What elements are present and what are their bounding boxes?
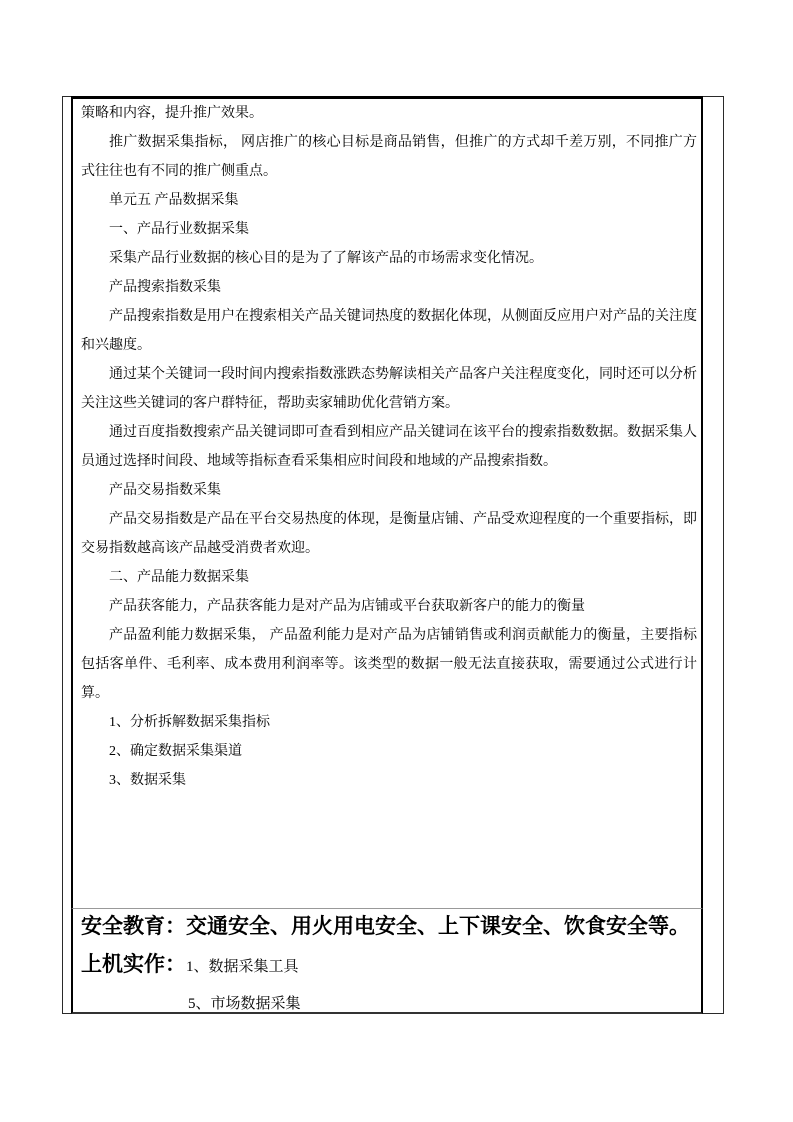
table-right-margin-column [703,96,724,1014]
paragraph: 3、数据采集 [81,766,697,795]
paragraph: 产品盈利能力数据采集， 产品盈利能力是对产品为店铺销售或利润贡献能力的衡量，主要… [81,621,697,708]
footer-row: 安全教育：交通安全、用火用电安全、上下课安全、饮食安全等。 上机实作：1、数据采… [71,908,703,1014]
table-left-margin-column [62,96,71,1014]
practice-item-1: 1、数据采集工具 [186,959,299,975]
paragraph: 通过百度指数搜索产品关键词即可查看到相应产品关键词在该平台的搜索指数数据。数据采… [81,418,697,476]
paragraph: 产品搜索指数采集 [81,273,697,302]
safety-education-line: 安全教育：交通安全、用火用电安全、上下课安全、饮食安全等。 [81,915,697,938]
content-paragraphs: 策略和内容，提升推广效果。推广数据采集指标， 网店推广的核心目标是商品销售，但推… [73,99,701,795]
paragraph: 2、确定数据采集渠道 [81,737,697,766]
practice-item-2-line: 5、市场数据采集 [81,996,697,1012]
safety-education-text: 交通安全、用火用电安全、上下课安全、饮食安全等。 [186,915,690,938]
paragraph: 产品交易指数是产品在平台交易热度的体现，是衡量店铺、产品受欢迎程度的一个重要指标… [81,505,697,563]
paragraph: 一、产品行业数据采集 [81,215,697,244]
paragraph: 策略和内容，提升推广效果。 [81,99,697,128]
paragraph: 1、分析拆解数据采集指标 [81,708,697,737]
safety-education-label: 安全教育： [81,915,186,938]
paragraph: 单元五 产品数据采集 [81,186,697,215]
paragraph: 产品交易指数采集 [81,476,697,505]
practice-item-2: 5、市场数据采集 [188,996,301,1012]
paragraph: 采集产品行业数据的核心目的是为了了解该产品的市场需求变化情况。 [81,244,697,273]
paragraph: 推广数据采集指标， 网店推广的核心目标是商品销售，但推广的方式却千差万别，不同推… [81,128,697,186]
document-page: 策略和内容，提升推广效果。推广数据采集指标， 网店推广的核心目标是商品销售，但推… [0,0,793,1122]
computer-practice-label: 上机实作： [81,953,186,976]
paragraph: 通过某个关键词一段时间内搜索指数涨跌态势解读相关产品客户关注程度变化，同时还可以… [81,360,697,418]
paragraph: 产品获客能力，产品获客能力是对产品为店铺或平台获取新客户的能力的衡量 [81,592,697,621]
paragraph: 产品搜索指数是用户在搜索相关产品关键词热度的数据化体现，从侧面反应用户对产品的关… [81,302,697,360]
computer-practice-line: 上机实作：1、数据采集工具 [81,953,697,979]
lesson-content-cell: 策略和内容，提升推广效果。推广数据采集指标， 网店推广的核心目标是商品销售，但推… [71,96,703,908]
paragraph: 二、产品能力数据采集 [81,563,697,592]
